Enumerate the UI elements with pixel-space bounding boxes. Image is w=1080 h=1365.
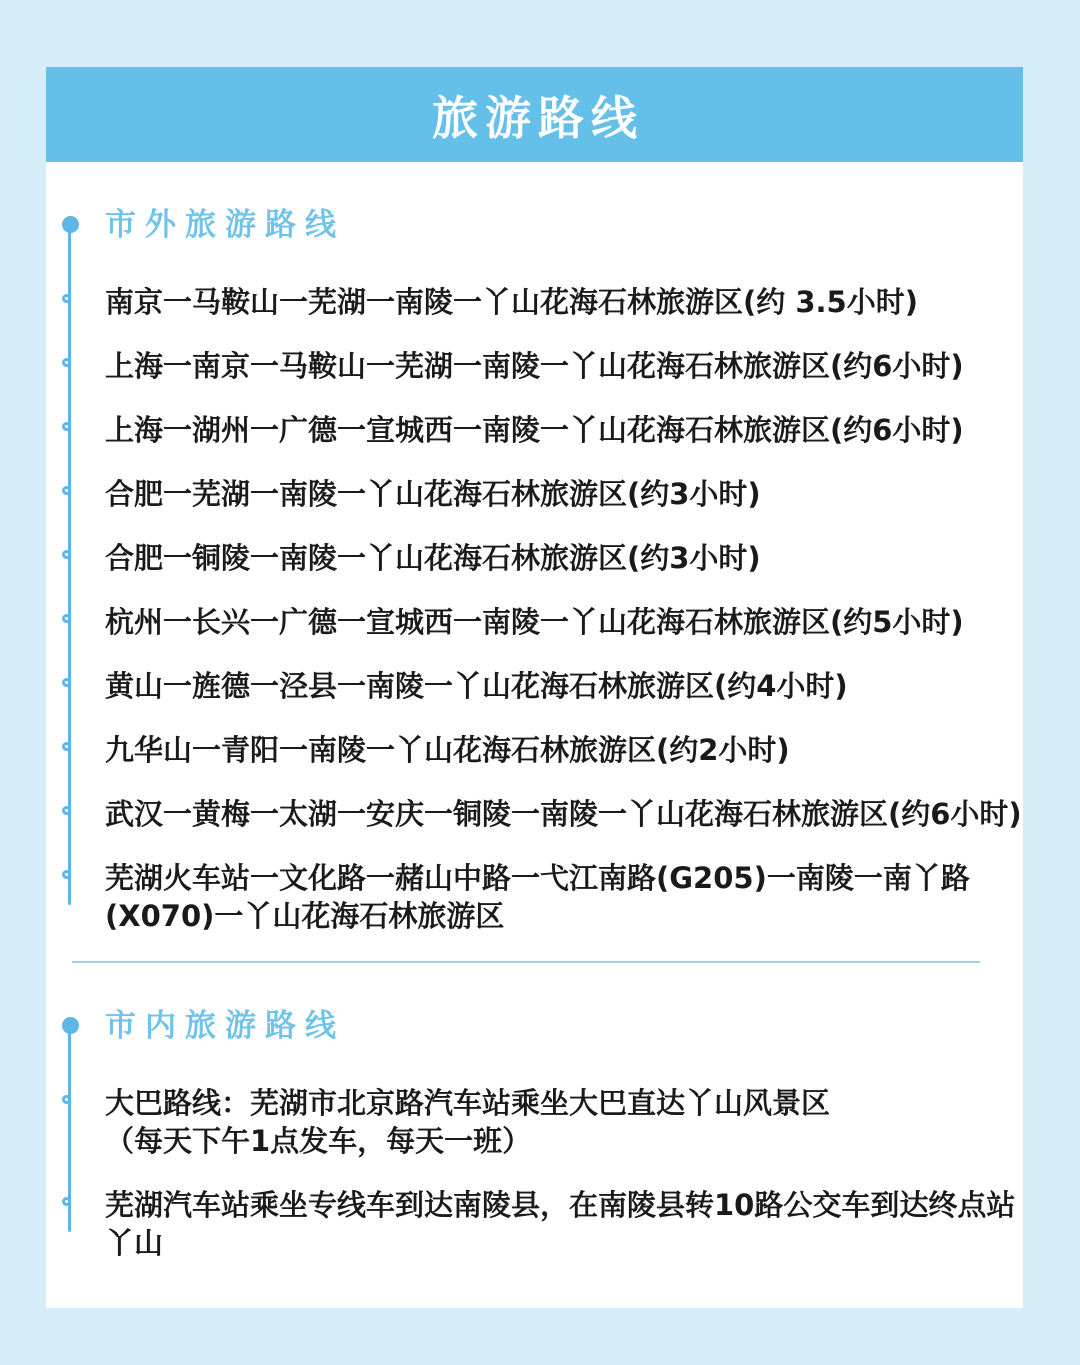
route-item: 上海一湖州一广德一宣城西一南陵一丫山花海石林旅游区(约6小时) bbox=[105, 411, 1011, 449]
route-text: 大巴路线：芜湖市北京路汽车站乘坐大巴直达丫山风景区（每天下午1点发车，每天一班） bbox=[105, 1084, 1011, 1160]
route-bullet-icon bbox=[62, 614, 71, 623]
route-bullet-icon bbox=[62, 294, 71, 303]
route-bullet-icon bbox=[62, 1197, 71, 1206]
route-item: 杭州一长兴一广德一宣城西一南陵一丫山花海石林旅游区(约5小时) bbox=[105, 603, 1011, 641]
route-text: 黄山一旌德一泾县一南陵一丫山花海石林旅游区(约4小时) bbox=[105, 667, 1011, 705]
route-text-line: (X070)一丫山花海石林旅游区 bbox=[105, 897, 1011, 935]
route-list: 南京一马鞍山一芜湖一南陵一丫山花海石林旅游区(约 3.5小时) 上海一南京一马鞍… bbox=[105, 283, 1011, 935]
route-item: 武汉一黄梅一太湖一安庆一铜陵一南陵一丫山花海石林旅游区(约6小时) bbox=[105, 795, 1011, 833]
route-bullet-icon bbox=[62, 1095, 71, 1104]
route-text: 杭州一长兴一广德一宣城西一南陵一丫山花海石林旅游区(约5小时) bbox=[105, 603, 1011, 641]
route-list: 大巴路线：芜湖市北京路汽车站乘坐大巴直达丫山风景区（每天下午1点发车，每天一班）… bbox=[105, 1084, 1011, 1262]
route-text: 武汉一黄梅一太湖一安庆一铜陵一南陵一丫山花海石林旅游区(约6小时) bbox=[105, 795, 1011, 833]
section-in-city: 市内旅游路线 大巴路线：芜湖市北京路汽车站乘坐大巴直达丫山风景区（每天下午1点发… bbox=[46, 963, 1023, 1262]
timeline-rail-icon bbox=[68, 222, 71, 905]
section-title: 市内旅游路线 bbox=[105, 1008, 345, 1044]
route-text: 合肥一芜湖一南陵一丫山花海石林旅游区(约3小时) bbox=[105, 475, 1011, 513]
route-bullet-icon bbox=[62, 806, 71, 815]
route-item: 九华山一青阳一南陵一丫山花海石林旅游区(约2小时) bbox=[105, 731, 1011, 769]
route-text-line: 九华山一青阳一南陵一丫山花海石林旅游区(约2小时) bbox=[105, 731, 1011, 769]
route-text: 九华山一青阳一南陵一丫山花海石林旅游区(约2小时) bbox=[105, 731, 1011, 769]
route-text: 上海一南京一马鞍山一芜湖一南陵一丫山花海石林旅游区(约6小时) bbox=[105, 347, 1011, 385]
route-item: 合肥一芜湖一南陵一丫山花海石林旅游区(约3小时) bbox=[105, 475, 1011, 513]
route-text: 合肥一铜陵一南陵一丫山花海石林旅游区(约3小时) bbox=[105, 539, 1011, 577]
route-bullet-icon bbox=[62, 550, 71, 559]
route-text-line: 合肥一芜湖一南陵一丫山花海石林旅游区(约3小时) bbox=[105, 475, 1011, 513]
route-bullet-icon bbox=[62, 678, 71, 687]
route-text-line: 黄山一旌德一泾县一南陵一丫山花海石林旅游区(约4小时) bbox=[105, 667, 1011, 705]
section-dot-icon bbox=[62, 1017, 79, 1034]
section-title-row: 市内旅游路线 bbox=[105, 1005, 1011, 1052]
page-title-bar: 旅游路线 bbox=[46, 67, 1023, 162]
poster-card: 旅游路线 市外旅游路线 南京一马鞍山一芜湖一南陵一丫山花海石林旅游区(约 3.5… bbox=[46, 67, 1023, 1308]
route-item: 芜湖汽车站乘坐专线车到达南陵县，在南陵县转10路公交车到达终点站丫山 bbox=[105, 1186, 1011, 1262]
card-body: 市外旅游路线 南京一马鞍山一芜湖一南陵一丫山花海石林旅游区(约 3.5小时) 上… bbox=[46, 162, 1023, 1262]
section-dot-icon bbox=[62, 216, 79, 233]
route-text-line: 大巴路线：芜湖市北京路汽车站乘坐大巴直达丫山风景区 bbox=[105, 1084, 1011, 1122]
route-text: 芜湖汽车站乘坐专线车到达南陵县，在南陵县转10路公交车到达终点站丫山 bbox=[105, 1186, 1011, 1262]
route-text-line: 丫山 bbox=[105, 1224, 1011, 1262]
route-text-line: 杭州一长兴一广德一宣城西一南陵一丫山花海石林旅游区(约5小时) bbox=[105, 603, 1011, 641]
route-text: 南京一马鞍山一芜湖一南陵一丫山花海石林旅游区(约 3.5小时) bbox=[105, 283, 1011, 321]
route-item: 合肥一铜陵一南陵一丫山花海石林旅游区(约3小时) bbox=[105, 539, 1011, 577]
route-text-line: 上海一南京一马鞍山一芜湖一南陵一丫山花海石林旅游区(约6小时) bbox=[105, 347, 1011, 385]
route-text-line: （每天下午1点发车，每天一班） bbox=[105, 1122, 1011, 1160]
route-text: 芜湖火车站一文化路一赭山中路一弋江南路(G205)一南陵一南丫路(X070)一丫… bbox=[105, 859, 1011, 935]
route-bullet-icon bbox=[62, 422, 71, 431]
route-item: 芜湖火车站一文化路一赭山中路一弋江南路(G205)一南陵一南丫路(X070)一丫… bbox=[105, 859, 1011, 935]
route-text-line: 武汉一黄梅一太湖一安庆一铜陵一南陵一丫山花海石林旅游区(约6小时) bbox=[105, 795, 1011, 833]
route-item: 黄山一旌德一泾县一南陵一丫山花海石林旅游区(约4小时) bbox=[105, 667, 1011, 705]
section-title-row: 市外旅游路线 bbox=[105, 204, 1011, 251]
route-bullet-icon bbox=[62, 358, 71, 367]
section-title: 市外旅游路线 bbox=[105, 207, 345, 243]
route-bullet-icon bbox=[62, 870, 71, 879]
section-out-of-city: 市外旅游路线 南京一马鞍山一芜湖一南陵一丫山花海石林旅游区(约 3.5小时) 上… bbox=[46, 162, 1023, 935]
route-text-line: 芜湖火车站一文化路一赭山中路一弋江南路(G205)一南陵一南丫路 bbox=[105, 859, 1011, 897]
route-text-line: 南京一马鞍山一芜湖一南陵一丫山花海石林旅游区(约 3.5小时) bbox=[105, 283, 1011, 321]
route-text-line: 合肥一铜陵一南陵一丫山花海石林旅游区(约3小时) bbox=[105, 539, 1011, 577]
route-item: 南京一马鞍山一芜湖一南陵一丫山花海石林旅游区(约 3.5小时) bbox=[105, 283, 1011, 321]
route-bullet-icon bbox=[62, 742, 71, 751]
route-item: 大巴路线：芜湖市北京路汽车站乘坐大巴直达丫山风景区（每天下午1点发车，每天一班） bbox=[105, 1084, 1011, 1160]
route-text-line: 芜湖汽车站乘坐专线车到达南陵县，在南陵县转10路公交车到达终点站 bbox=[105, 1186, 1011, 1224]
page-title: 旅游路线 bbox=[425, 82, 644, 148]
route-item: 上海一南京一马鞍山一芜湖一南陵一丫山花海石林旅游区(约6小时) bbox=[105, 347, 1011, 385]
route-text: 上海一湖州一广德一宣城西一南陵一丫山花海石林旅游区(约6小时) bbox=[105, 411, 1011, 449]
route-text-line: 上海一湖州一广德一宣城西一南陵一丫山花海石林旅游区(约6小时) bbox=[105, 411, 1011, 449]
route-bullet-icon bbox=[62, 486, 71, 495]
